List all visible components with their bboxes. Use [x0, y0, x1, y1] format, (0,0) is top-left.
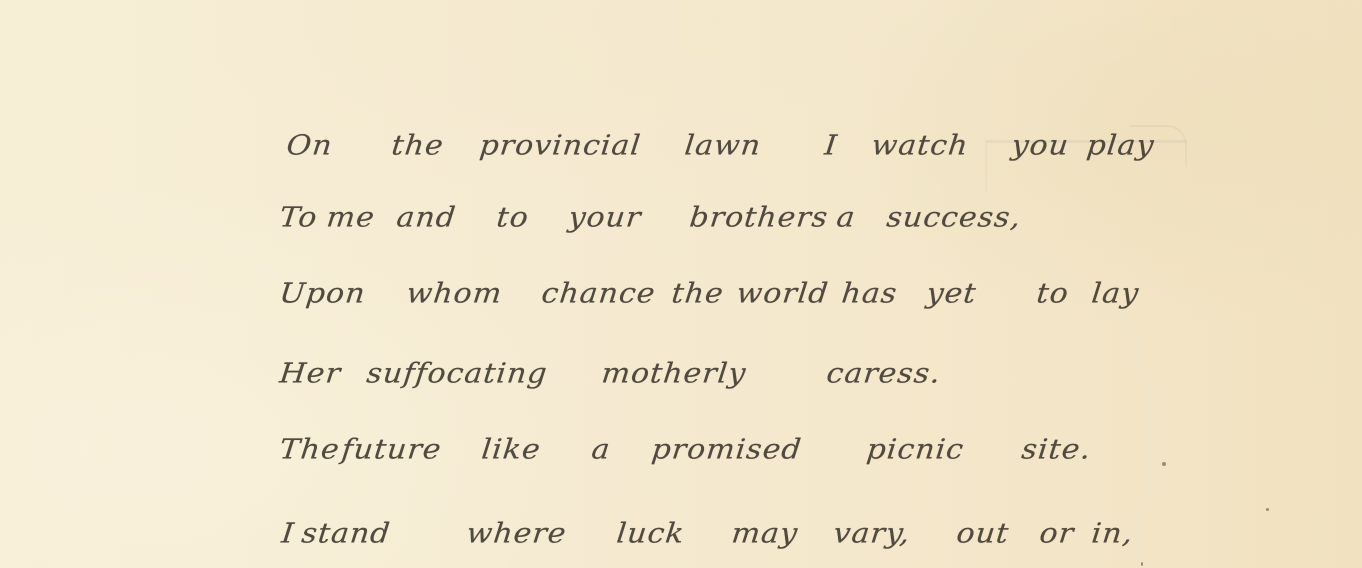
handwritten-word: vary,	[832, 518, 912, 550]
handwritten-word: I	[823, 130, 839, 162]
handwritten-word: in,	[1090, 518, 1135, 550]
handwritten-word: promised	[650, 434, 803, 466]
handwritten-word: suffocating	[365, 358, 549, 390]
handwritten-word: me	[325, 202, 377, 234]
handwritten-word: or	[1038, 518, 1076, 550]
handwritten-word: On	[285, 130, 334, 162]
handwritten-word: play	[1085, 130, 1156, 162]
handwritten-word: future	[340, 434, 443, 466]
handwritten-word: picnic	[865, 434, 966, 466]
handwritten-word: and	[395, 202, 458, 234]
handwritten-word: I	[280, 518, 296, 550]
handwritten-word: a	[835, 202, 857, 234]
handwritten-word: lay	[1090, 278, 1141, 310]
handwritten-word: your	[567, 202, 643, 234]
handwritten-word: chance	[540, 278, 657, 310]
handwritten-word: has	[840, 278, 899, 310]
handwritten-word: may	[730, 518, 800, 550]
handwritten-word: watch	[870, 130, 970, 162]
handwritten-word: yet	[925, 278, 978, 310]
handwritten-word: Her	[278, 358, 343, 390]
handwritten-word: like	[480, 434, 543, 466]
handwritten-word: luck	[615, 518, 686, 550]
handwritten-word: where	[465, 518, 568, 550]
handwritten-word: brothers	[688, 202, 830, 234]
handwritten-word: lawn	[683, 130, 763, 162]
handwritten-word: stand	[300, 518, 392, 550]
handwritten-word: you	[1010, 130, 1071, 162]
handwritten-word: to	[495, 202, 531, 234]
handwritten-word: the	[670, 278, 726, 310]
handwritten-word: out	[955, 518, 1011, 550]
handwritten-word: To	[278, 202, 319, 234]
handwritten-word: success,	[885, 202, 1023, 234]
handwritten-word: the	[390, 130, 446, 162]
poem-line-5: Thefuturelikeapromisedpicnicsite.	[0, 404, 1362, 474]
poem-line-6: Istandwhereluckmayvary,outorin,	[0, 488, 1362, 558]
handwritten-word: a	[590, 434, 612, 466]
poem-line-3: Uponwhomchancetheworldhasyettolay	[0, 248, 1362, 318]
handwritten-word: world	[735, 278, 830, 310]
handwritten-word: caress.	[825, 358, 942, 390]
handwritten-word: to	[1035, 278, 1071, 310]
handwritten-word: motherly	[600, 358, 748, 390]
handwritten-word: site.	[1020, 434, 1093, 466]
handwritten-word: provincial	[478, 130, 643, 162]
ink-speck	[1141, 562, 1143, 566]
poem-line-2: Tomeandtoyourbrothersasuccess,	[0, 172, 1362, 242]
poem-line-4: Hersuffocatingmotherlycaress.	[0, 328, 1362, 398]
handwritten-word: Upon	[278, 278, 367, 310]
poem-line-1: OntheprovinciallawnIwatchyouplay	[0, 100, 1362, 170]
handwritten-word: The	[278, 434, 341, 466]
handwritten-word: whom	[405, 278, 504, 310]
